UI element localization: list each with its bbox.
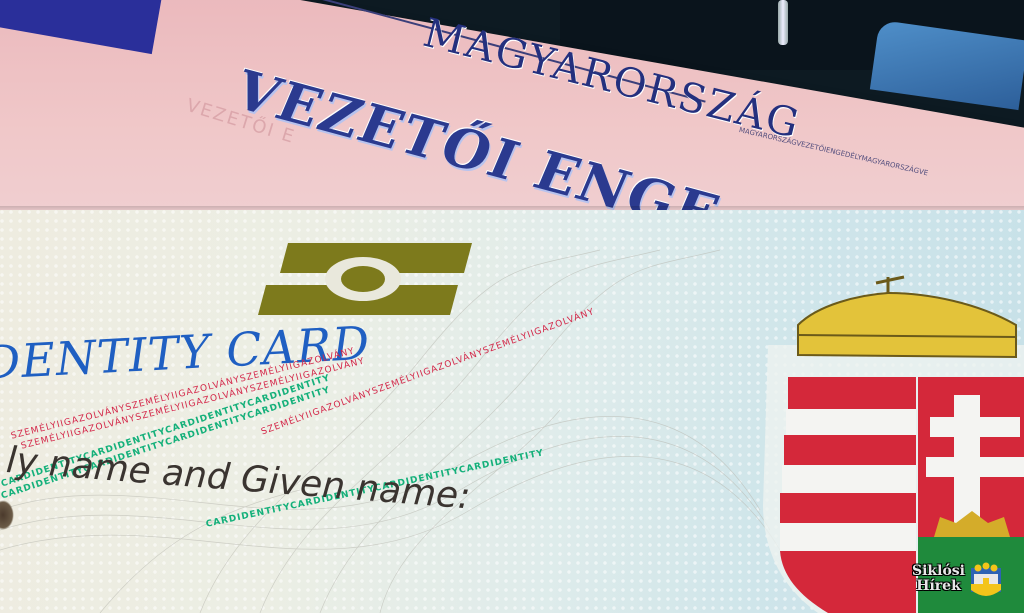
photo-scene: MAGYARORSZÁG VEZETŐI ENGE MAGYARORSZÁGVE…: [0, 0, 1024, 613]
watermark-castle-logo-icon: [971, 562, 1001, 596]
coat-of-arms-icon: [758, 265, 1024, 613]
watermark-line2: Hírek: [912, 579, 965, 594]
watermark-text: Siklósi Hírek: [912, 564, 965, 594]
watermark-line1: Siklósi: [912, 564, 965, 579]
watermark: Siklósi Hírek: [912, 562, 1001, 596]
chip-logo-icon: [258, 243, 472, 315]
cable: [778, 0, 788, 45]
